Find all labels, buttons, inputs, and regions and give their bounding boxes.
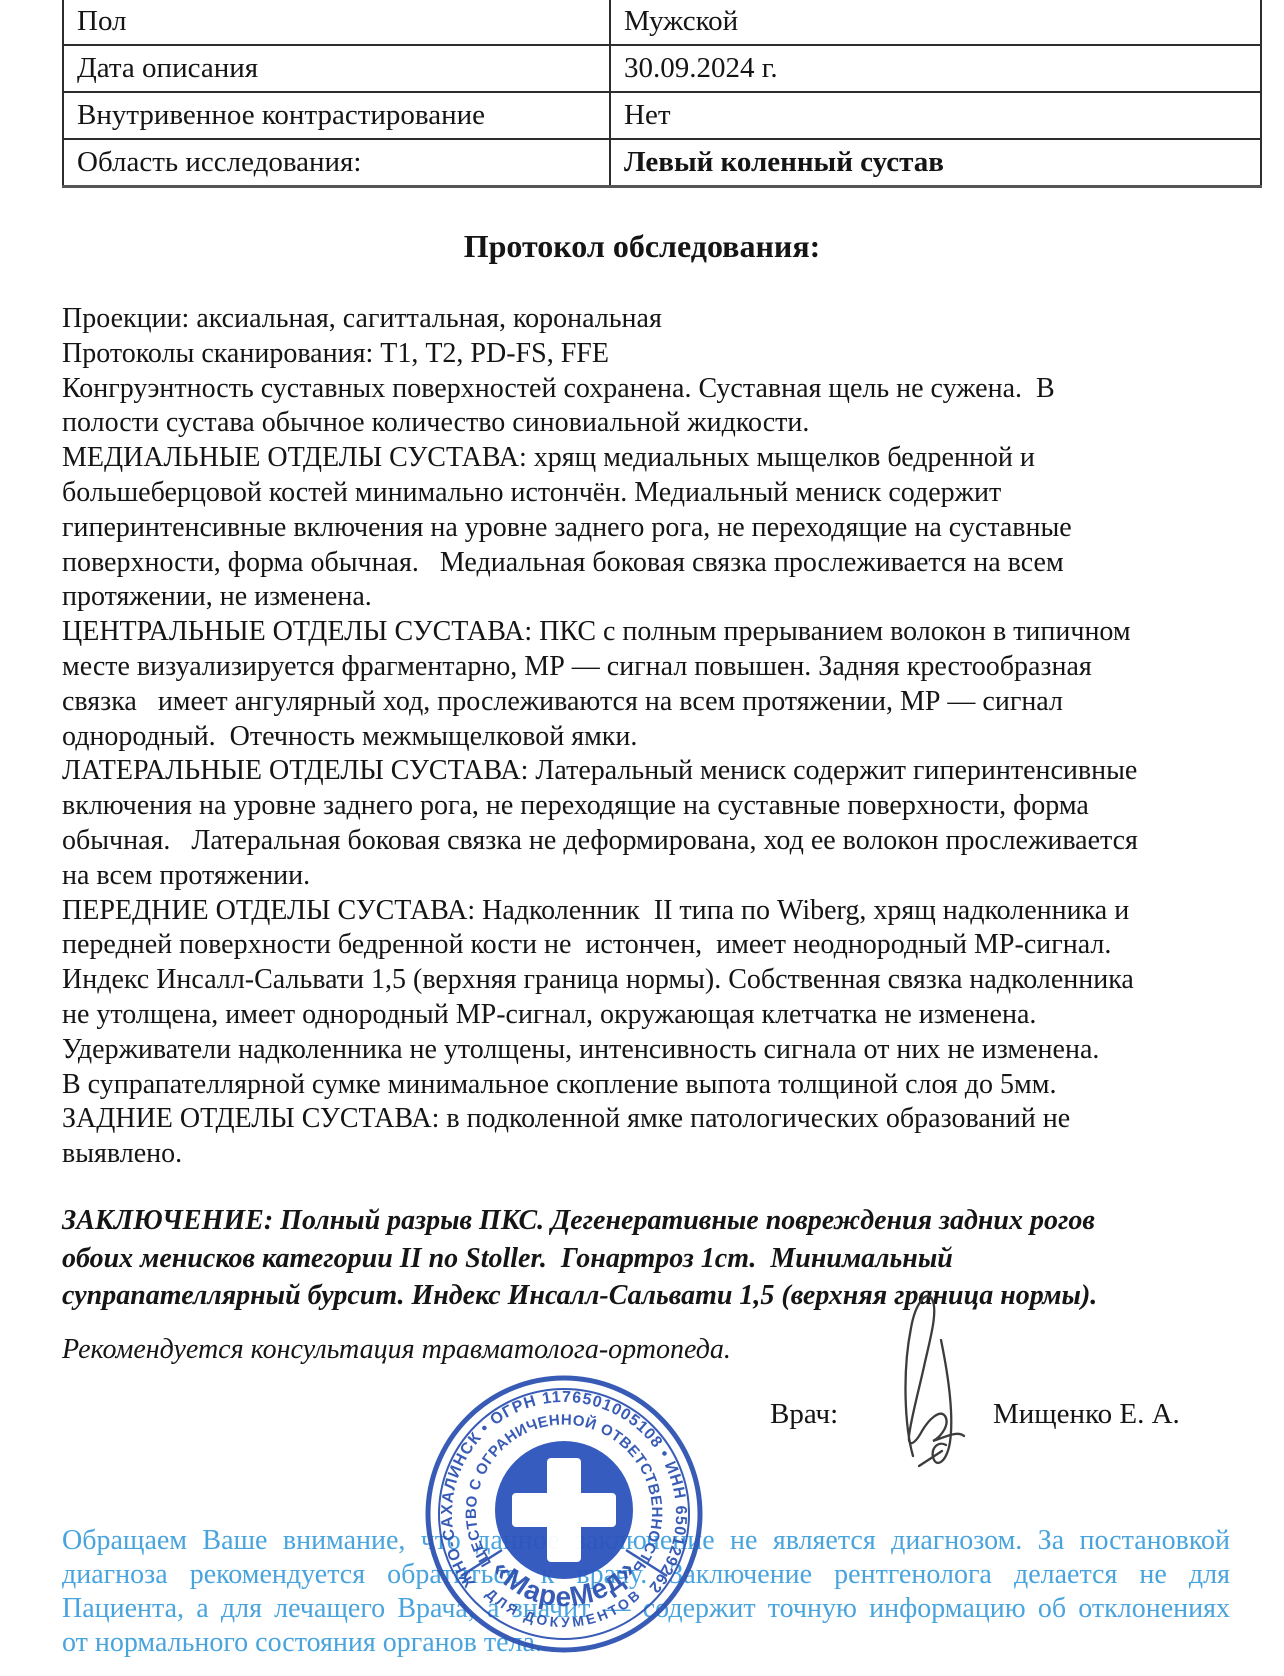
protocol-line: включения на уровне заднего рога, не пер… [62, 789, 1242, 824]
table-row-contrast: Внутривенное контрастирование Нет [63, 92, 1261, 139]
row-value: 30.09.2024 г. [610, 45, 1261, 92]
conclusion-line: супрапателлярный бурсит. Индекс Инсалл-С… [62, 1277, 1242, 1315]
protocol-line: протяжении, не изменена. [62, 580, 1242, 615]
protocol-line: связка имеет ангулярный ход, прослеживаю… [62, 685, 1242, 720]
row-label: Область исследования: [63, 139, 610, 187]
protocol-line: МЕДИАЛЬНЫЕ ОТДЕЛЫ СУСТАВА: хрящ медиальн… [62, 441, 1242, 476]
mri-report-document: Пол Мужской Дата описания 30.09.2024 г. … [0, 0, 1284, 1676]
row-label: Дата описания [63, 45, 610, 92]
protocol-line: Конгруэнтность суставных поверхностей со… [62, 372, 1242, 407]
protocol-line: выявлено. [62, 1137, 1242, 1172]
row-label: Внутривенное контрастирование [63, 92, 610, 139]
row-value: Нет [610, 92, 1261, 139]
protocol-line: гиперинтенсивные включения на уровне зад… [62, 511, 1242, 546]
table-row-study-area: Область исследования: Левый коленный сус… [63, 139, 1261, 187]
protocol-line: Проекции: аксиальная, сагиттальная, коро… [62, 302, 1242, 337]
table-row-sex: Пол Мужской [63, 0, 1261, 45]
conclusion-line: ЗАКЛЮЧЕНИЕ: Полный разрыв ПКС. Дегенерат… [62, 1202, 1242, 1240]
protocol-line: поверхности, форма обычная. Медиальная б… [62, 546, 1242, 581]
protocol-line: В супрапателлярной сумке минимальное ско… [62, 1068, 1242, 1103]
clinic-stamp: ЮЖНО-САХАЛИНСК • ОГРН 1176501005108 • ИН… [420, 1370, 708, 1658]
protocol-line: ЛАТЕРАЛЬНЫЕ ОТДЕЛЫ СУСТАВА: Латеральный … [62, 754, 1242, 789]
protocol-body: Проекции: аксиальная, сагиттальная, коро… [62, 302, 1242, 1172]
protocol-line: большеберцовой костей минимально истончё… [62, 476, 1242, 511]
protocol-line: Протоколы сканирования: Т1, Т2, PD-FS, F… [62, 337, 1242, 372]
protocol-line: обычная. Латеральная боковая связка не д… [62, 824, 1242, 859]
protocol-line: однородный. Отечность межмыщелковой ямки… [62, 720, 1242, 755]
protocol-line: не утолщена, имеет однородный МР-сигнал,… [62, 998, 1242, 1033]
signature-stroke [905, 1296, 964, 1456]
doctor-signature [845, 1278, 1005, 1478]
row-label: Пол [63, 0, 610, 45]
protocol-line: Удерживатели надколенника не утолщены, и… [62, 1033, 1242, 1068]
conclusion-block: ЗАКЛЮЧЕНИЕ: Полный разрыв ПКС. Дегенерат… [62, 1202, 1242, 1315]
conclusion-line: обоих менисков категории II по Stoller. … [62, 1240, 1242, 1278]
row-value: Левый коленный сустав [610, 139, 1261, 187]
protocol-line: Индекс Инсалл-Сальвати 1,5 (верхняя гран… [62, 963, 1242, 998]
table-row-date: Дата описания 30.09.2024 г. [63, 45, 1261, 92]
protocol-line: месте визуализируется фрагментарно, МР —… [62, 650, 1242, 685]
doctor-name: Мищенко Е. А. [993, 1398, 1180, 1431]
recommendation-line: Рекомендуется консультация травматолога-… [62, 1334, 962, 1366]
page-title: Протокол обследования: [0, 228, 1284, 265]
protocol-line: на всем протяжении. [62, 859, 1242, 894]
protocol-line: ЦЕНТРАЛЬНЫЕ ОТДЕЛЫ СУСТАВА: ПКС с полным… [62, 615, 1242, 650]
protocol-line: ЗАДНИЕ ОТДЕЛЫ СУСТАВА: в подколенной ямк… [62, 1102, 1242, 1137]
protocol-line: полости сустава обычное количество синов… [62, 406, 1242, 441]
protocol-line: ПЕРЕДНИЕ ОТДЕЛЫ СУСТАВА: Надколенник II … [62, 894, 1242, 929]
row-value: Мужской [610, 0, 1261, 45]
signature-stroke [933, 1340, 952, 1463]
patient-info-table: Пол Мужской Дата описания 30.09.2024 г. … [62, 0, 1262, 188]
doctor-label: Врач: [770, 1398, 838, 1431]
protocol-line: передней поверхности бедренной кости не … [62, 928, 1242, 963]
